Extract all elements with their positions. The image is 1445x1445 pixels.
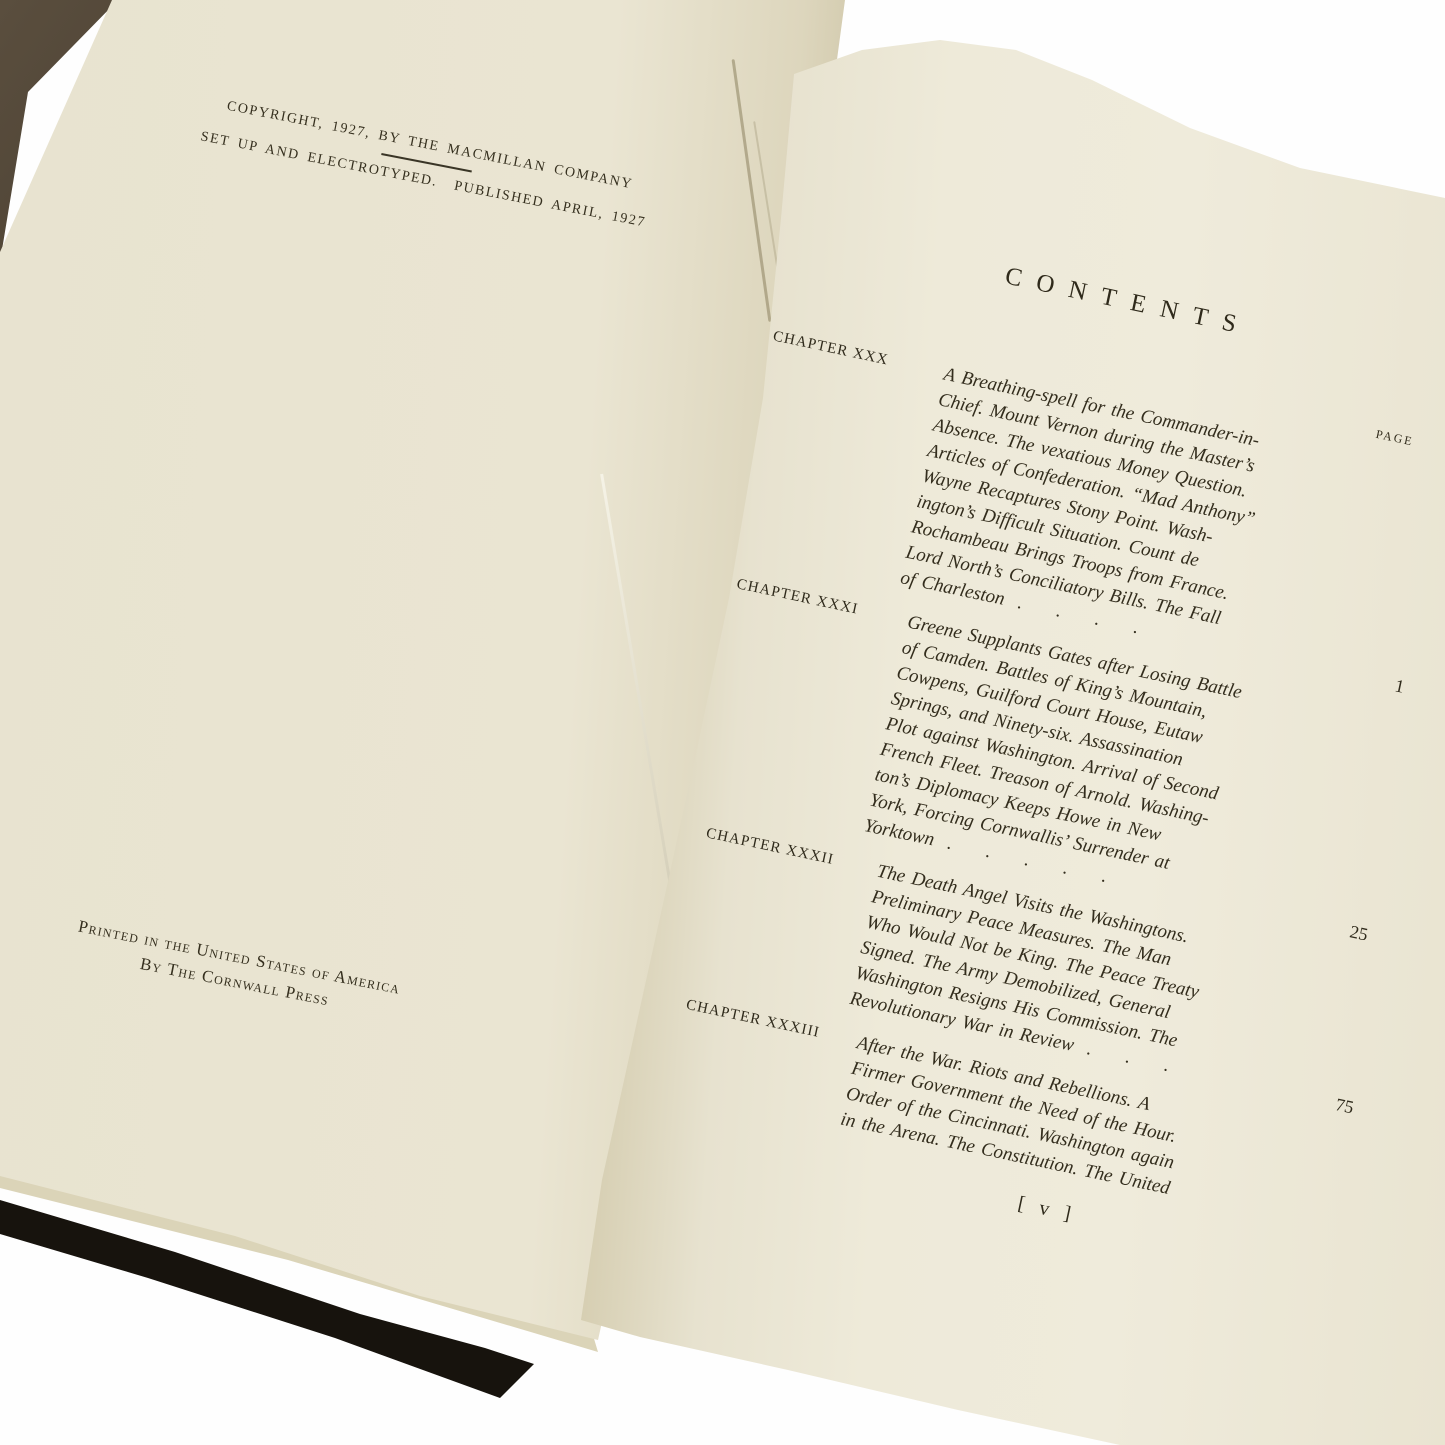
page-column-label: PAGE: [1374, 427, 1415, 450]
chapter-page-number: 1: [1359, 668, 1406, 698]
chapter-label: CHAPTER XXXIII: [667, 994, 860, 1132]
chapter-label: CHAPTER XXXII: [676, 822, 880, 1011]
left-page-text: COPYRIGHT, 1927, BY THE MACMILLAN COMPAN…: [0, 55, 660, 1136]
chapter-page-number: [1299, 1230, 1342, 1239]
printer-block: Printed in the United States of America …: [26, 905, 448, 1034]
folio-number: [ v ]: [1016, 1192, 1078, 1227]
copyright-block: COPYRIGHT, 1927, BY THE MACMILLAN COMPAN…: [186, 92, 667, 234]
chapter-page-number: 75: [1308, 1089, 1355, 1119]
chapter-page-number: 25: [1322, 916, 1369, 946]
book-photo: COPYRIGHT, 1927, BY THE MACMILLAN COMPAN…: [0, 0, 1445, 1445]
